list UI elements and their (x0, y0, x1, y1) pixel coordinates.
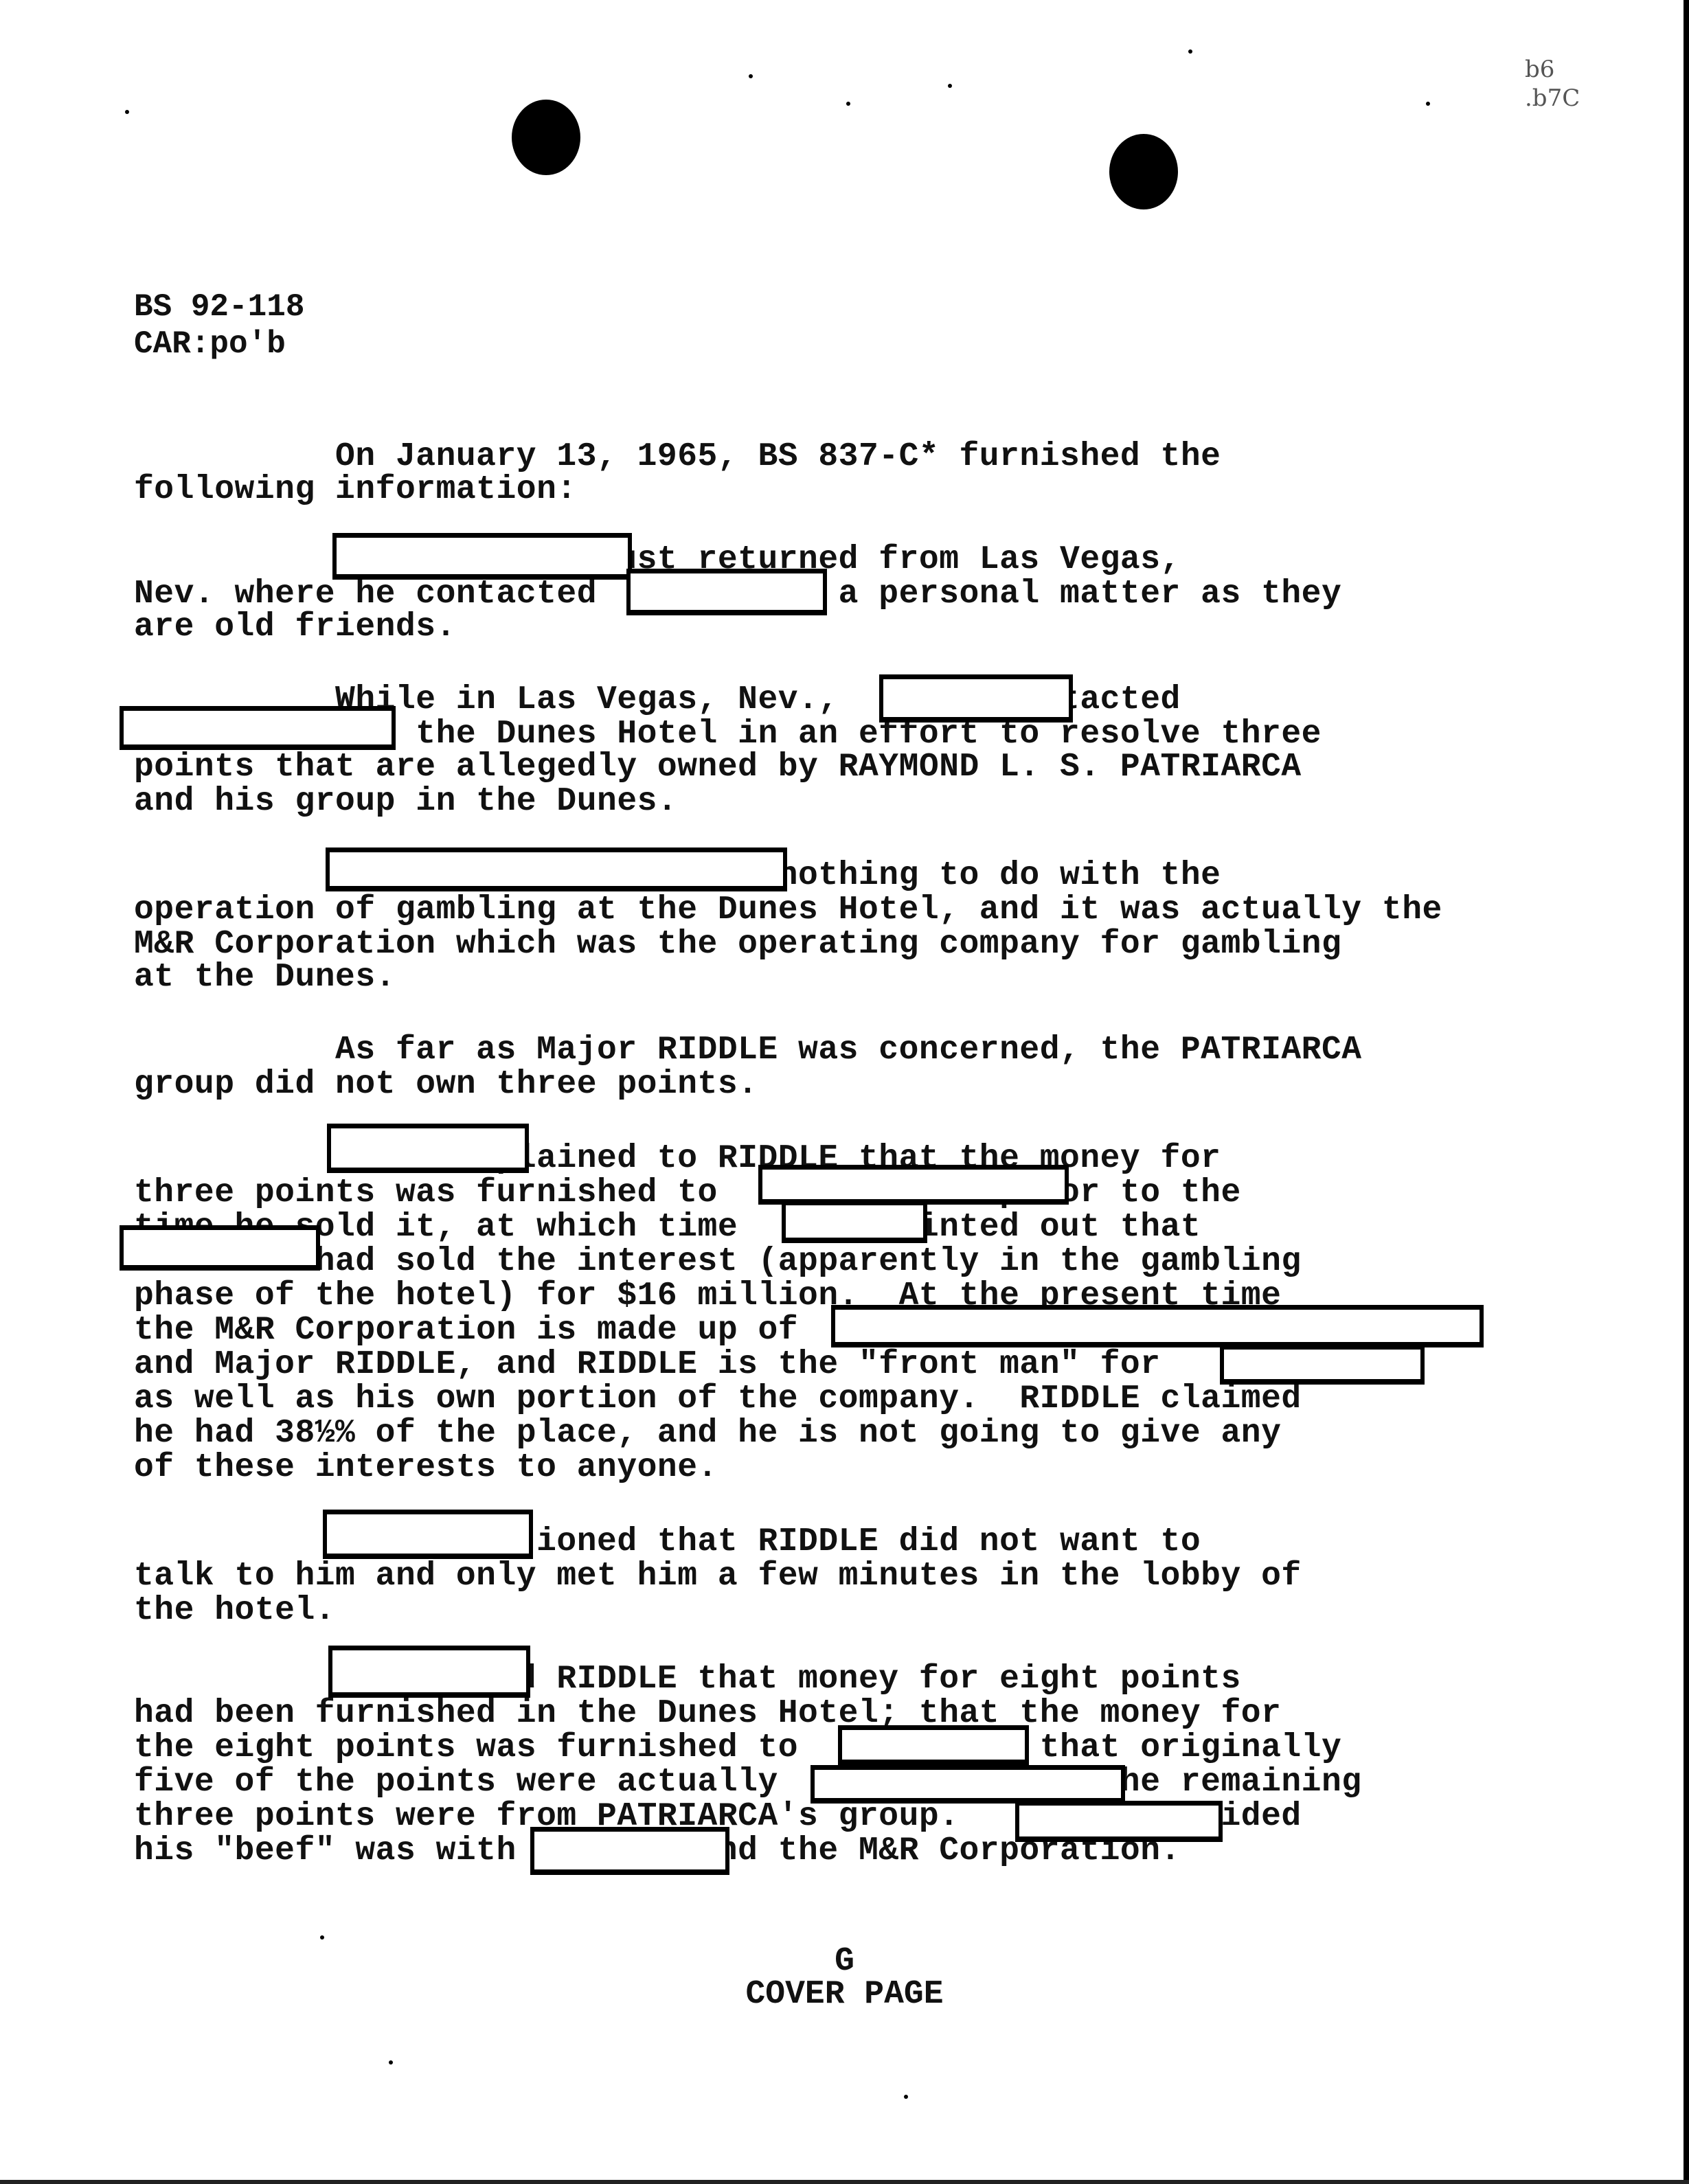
file-number: BS 92-118 (134, 288, 304, 326)
typist-initials: CAR:po'b (134, 326, 304, 363)
scan-speck (125, 110, 129, 114)
text-line: at the Dunes. (134, 960, 396, 994)
redaction-box (326, 848, 787, 891)
redaction-box (332, 533, 632, 580)
scan-speck (320, 1935, 324, 1940)
punch-hole-left (512, 100, 580, 175)
text-line: the hotel. (134, 1593, 335, 1628)
text-line: the M&R Corporation is made up of (134, 1313, 798, 1347)
redaction-box (530, 1827, 729, 1875)
scan-speck (749, 74, 753, 78)
text-line: told RIDDLE that money for eight points (134, 1662, 1241, 1696)
text-line: and his group in the Dunes. (134, 784, 677, 819)
header-reference: BS 92-118 CAR:po'b (134, 288, 304, 363)
page-edge-right (1684, 0, 1689, 2184)
page-edge-bottom (0, 2180, 1689, 2184)
text-line: mentioned that RIDDLE did not want to (134, 1525, 1201, 1559)
scan-speck (1426, 102, 1430, 106)
text-line: talk to him and only met him a few minut… (134, 1559, 1302, 1593)
text-line: he had 38½% of the place, and he is not … (134, 1416, 1281, 1451)
redaction-box (811, 1765, 1125, 1804)
text-line: are old friends. (134, 610, 456, 644)
redaction-box (1015, 1801, 1223, 1842)
exemption-codes: b6 .b7C (1525, 55, 1580, 113)
text-line: the eight points was furnished to and th… (134, 1731, 1341, 1765)
text-line: had been furnished in the Dunes Hotel; t… (134, 1696, 1281, 1731)
scan-speck (904, 2095, 908, 2099)
redaction-box (328, 1646, 530, 1698)
text-line: of these interests to anyone. (134, 1451, 718, 1485)
scan-speck (948, 84, 952, 88)
text-line: following information: (134, 473, 577, 507)
text-line: and Major RIDDLE, and RIDDLE is the "fro… (134, 1347, 1161, 1382)
text-line: M&R Corporation which was the operating … (134, 927, 1341, 962)
redaction-box (879, 674, 1073, 723)
redaction-box (758, 1165, 1069, 1205)
redaction-box (323, 1510, 533, 1559)
redaction-box (782, 1201, 927, 1243)
exemption-code-b6: b6 (1525, 55, 1580, 84)
redaction-box (838, 1725, 1029, 1765)
text-line: On January 13, 1965, BS 837-C* furnished… (134, 440, 1221, 474)
text-line: five of the points were actually and the… (134, 1765, 1362, 1799)
text-line: operation of gambling at the Dunes Hotel… (134, 893, 1442, 927)
text-line: group did not own three points. (134, 1067, 758, 1102)
text-line: as well as his own portion of the compan… (134, 1382, 1302, 1416)
scan-speck (1188, 49, 1192, 54)
redaction-box (120, 1225, 320, 1271)
redaction-box (120, 706, 396, 750)
text-line: points that are allegedly owned by RAYMO… (134, 750, 1302, 784)
scan-speck (846, 102, 850, 106)
exemption-code-b7c: .b7C (1525, 84, 1580, 113)
redaction-box (831, 1305, 1484, 1347)
redaction-box (626, 569, 827, 615)
cover-page-label: COVER PAGE (0, 1977, 1689, 2012)
text-line: As far as Major RIDDLE was concerned, th… (134, 1033, 1362, 1067)
scan-speck (389, 2060, 393, 2064)
redaction-box (1220, 1345, 1425, 1385)
page-letter: G (0, 1944, 1689, 1979)
punch-hole-right (1109, 134, 1178, 209)
text-line: three points was furnished to prior to t… (134, 1176, 1241, 1210)
redaction-box (327, 1124, 529, 1173)
